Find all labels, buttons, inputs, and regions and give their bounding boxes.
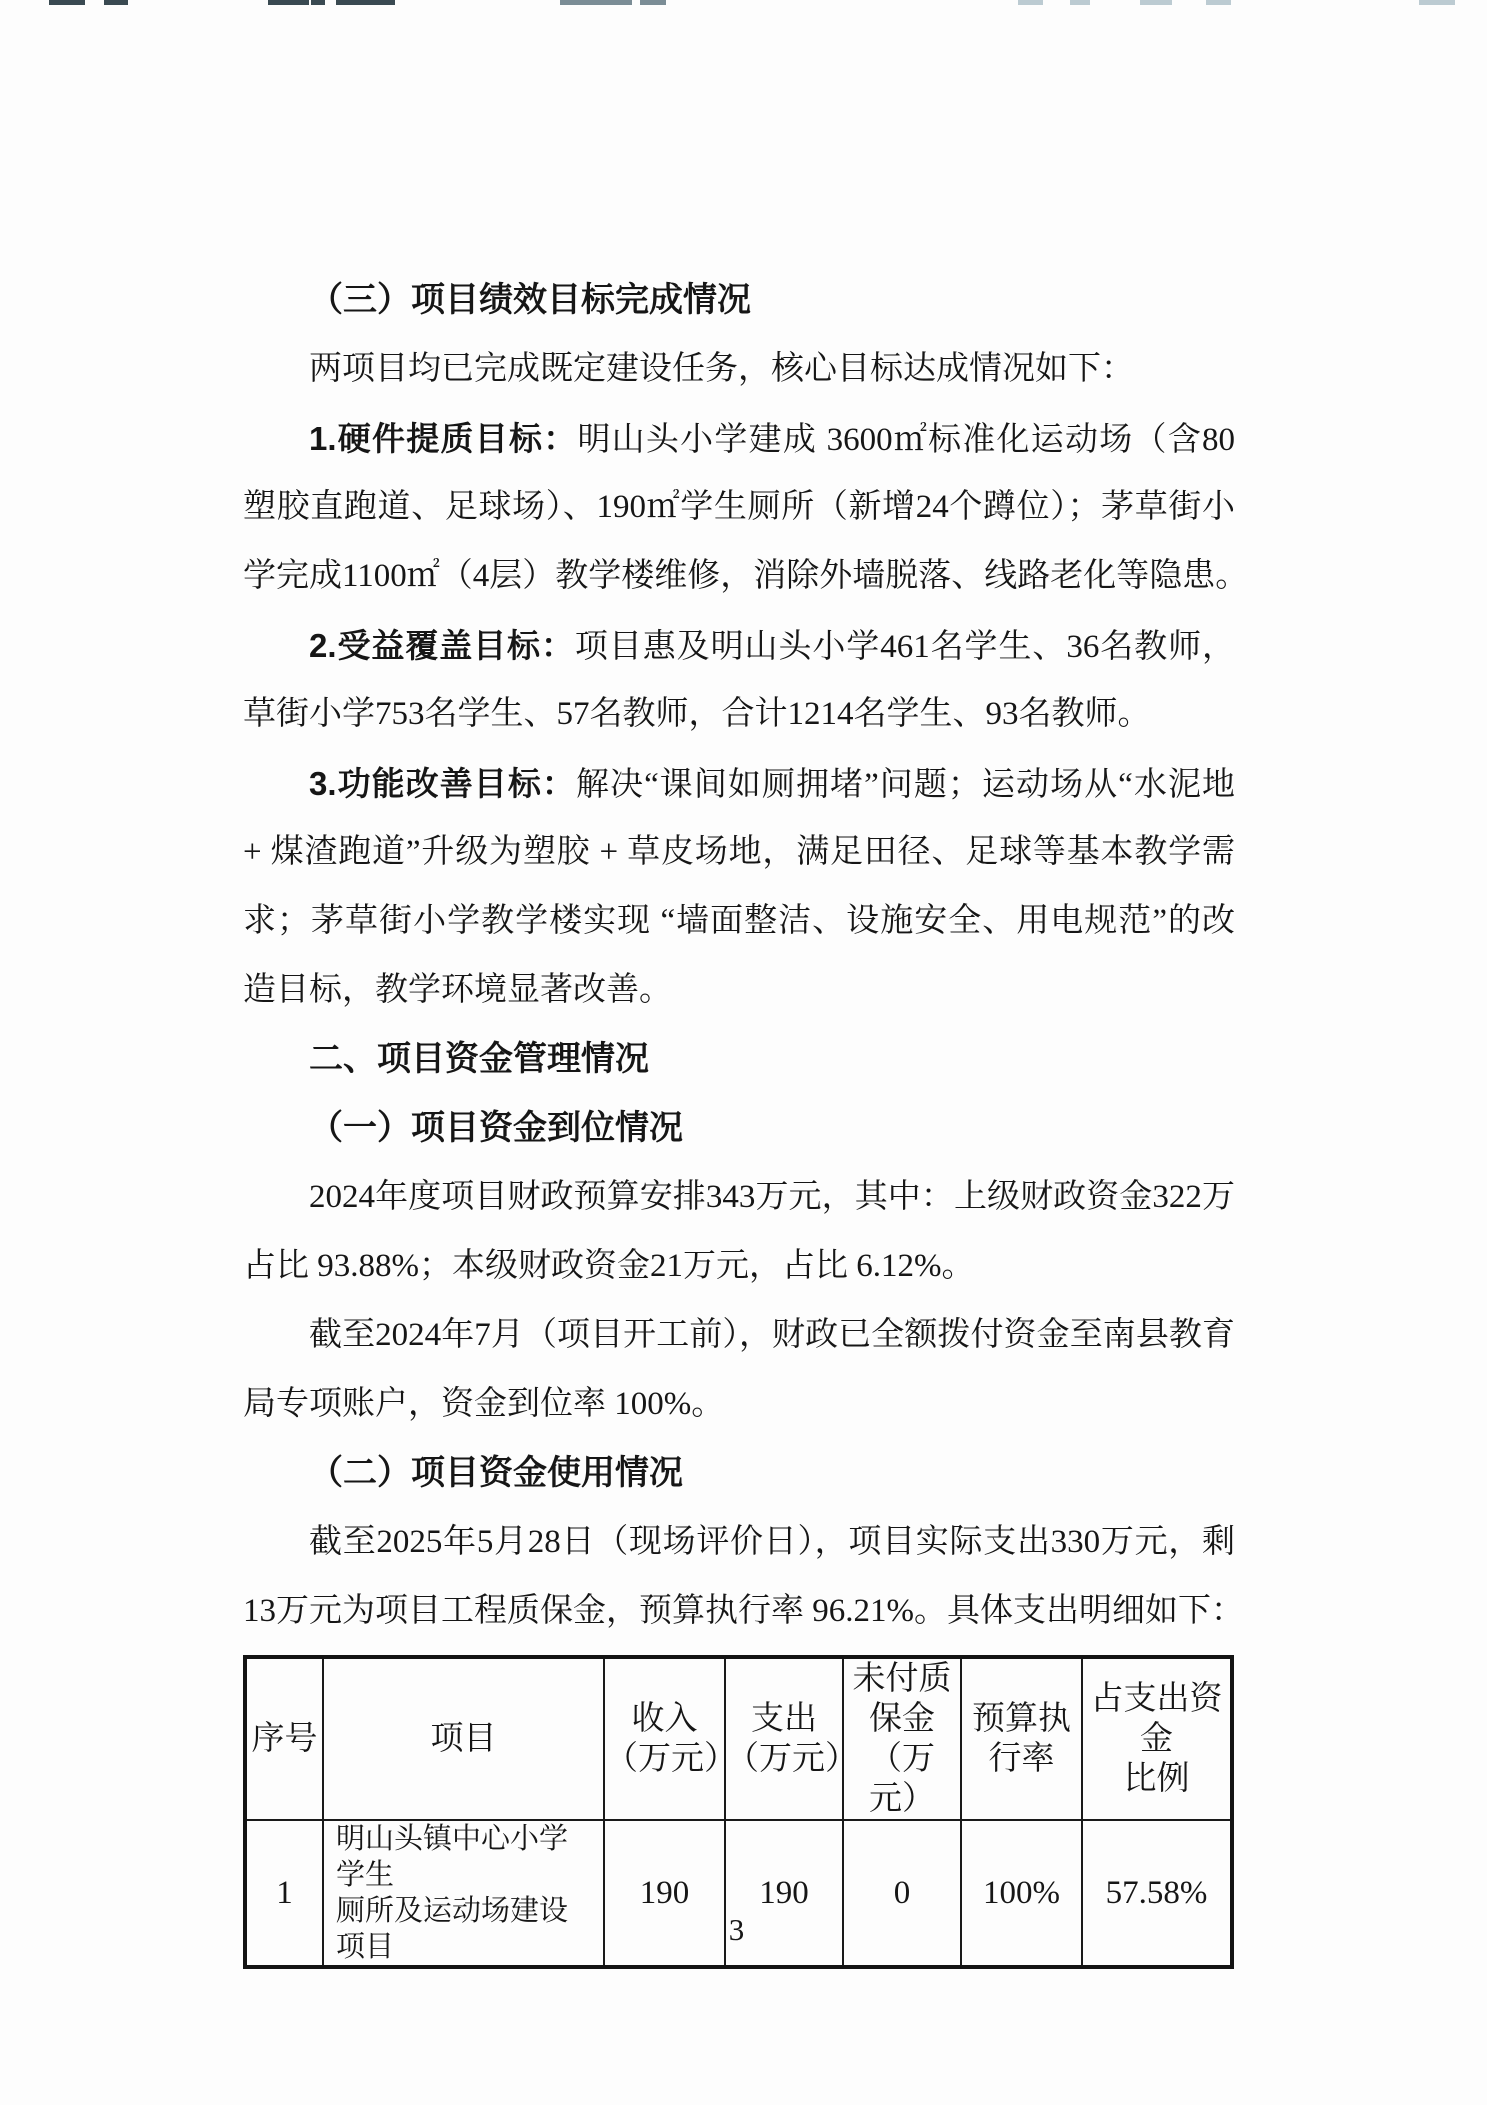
- table-header-cell: 序号: [245, 1657, 323, 1820]
- text-line: 求；茅草街小学教学楼实现 “墙面整洁、设施安全、用电规范”的改: [243, 887, 1235, 956]
- scan-artifact: [49, 0, 85, 5]
- heading-line: （三）项目绩效目标完成情况: [243, 266, 1235, 335]
- text-line: 3.功能改善目标：解决“课间如厕拥堵”问题；运动场从“水泥地: [243, 749, 1235, 818]
- scan-artifact: [1206, 0, 1231, 5]
- heading-line: （一）项目资金到位情况: [243, 1094, 1235, 1163]
- scan-artifact: [268, 0, 309, 5]
- text-line: 造目标，教学环境显著改善。: [243, 956, 1235, 1025]
- heading-line: （二）项目资金使用情况: [243, 1439, 1235, 1508]
- text-line: 2024年度项目财政预算安排343万元，其中：上级财政资金322万元，: [243, 1163, 1235, 1232]
- text-line: 占比 93.88%；本级财政资金21万元，占比 6.12%。: [243, 1232, 1235, 1301]
- table-header-cell: 收入 （万元）: [604, 1657, 725, 1820]
- text-line: 两项目均已完成既定建设任务，核心目标达成情况如下：: [243, 335, 1235, 404]
- page-number: 3: [0, 1912, 1480, 1948]
- scan-artifact: [1018, 0, 1043, 5]
- scan-artifact: [640, 0, 666, 5]
- text-line: 草街小学753名学生、57名教师，合计1214名学生、93名教师。: [243, 680, 1235, 749]
- heading-line: 二、项目资金管理情况: [243, 1025, 1235, 1094]
- text-line: 截至2024年7月（项目开工前），财政已全额拨付资金至南县教育: [243, 1301, 1235, 1370]
- scan-artifact: [1140, 0, 1172, 5]
- scan-artifact: [1070, 0, 1090, 5]
- text-line: 塑胶直跑道、足球场）、190㎡学生厕所（新增24个蹲位）；茅草街小: [243, 473, 1235, 542]
- text-line: 学完成1100㎡（4层）教学楼维修，消除外墙脱落、线路老化等隐患。: [243, 542, 1235, 611]
- table-header-cell: 未付质 保金（万 元）: [843, 1657, 961, 1820]
- bold-lead: 3.功能改善目标：: [309, 765, 576, 802]
- text-line: 局专项账户，资金到位率 100%。: [243, 1370, 1235, 1439]
- document-body: （三）项目绩效目标完成情况两项目均已完成既定建设任务，核心目标达成情况如下：1.…: [243, 266, 1235, 1646]
- scan-artifact: [336, 0, 395, 5]
- table-header-cell: 占支出资金 比例: [1082, 1657, 1232, 1820]
- table-header-cell: 支出 （万元）: [725, 1657, 843, 1820]
- text-line: 1.硬件提质目标：明山头小学建成 3600㎡标准化运动场（含80米: [243, 404, 1235, 473]
- text-line: 2.受益覆盖目标：项目惠及明山头小学461名学生、36名教师，茅: [243, 611, 1235, 680]
- scan-artifact: [311, 0, 325, 5]
- table-header-cell: 预算执 行率: [961, 1657, 1082, 1820]
- table-header-row: 序号项目收入 （万元）支出 （万元）未付质 保金（万 元）预算执 行率占支出资金…: [245, 1657, 1232, 1820]
- document-page: （三）项目绩效目标完成情况两项目均已完成既定建设任务，核心目标达成情况如下：1.…: [0, 0, 1487, 2105]
- table-header-cell: 项目: [323, 1657, 604, 1820]
- scan-artifact: [560, 0, 632, 5]
- scan-artifact: [104, 0, 128, 5]
- bold-lead: 1.硬件提质目标：: [309, 420, 577, 457]
- scan-artifact: [1419, 0, 1455, 5]
- text-line: 截至2025年5月28日（现场评价日），项目实际支出330万元，剩余: [243, 1508, 1235, 1577]
- text-line: + 煤渣跑道”升级为塑胶 + 草皮场地，满足田径、足球等基本教学需: [243, 818, 1235, 887]
- bold-lead: 2.受益覆盖目标：: [309, 627, 575, 664]
- text-line: 13万元为项目工程质保金，预算执行率 96.21%。具体支出明细如下：: [243, 1577, 1235, 1646]
